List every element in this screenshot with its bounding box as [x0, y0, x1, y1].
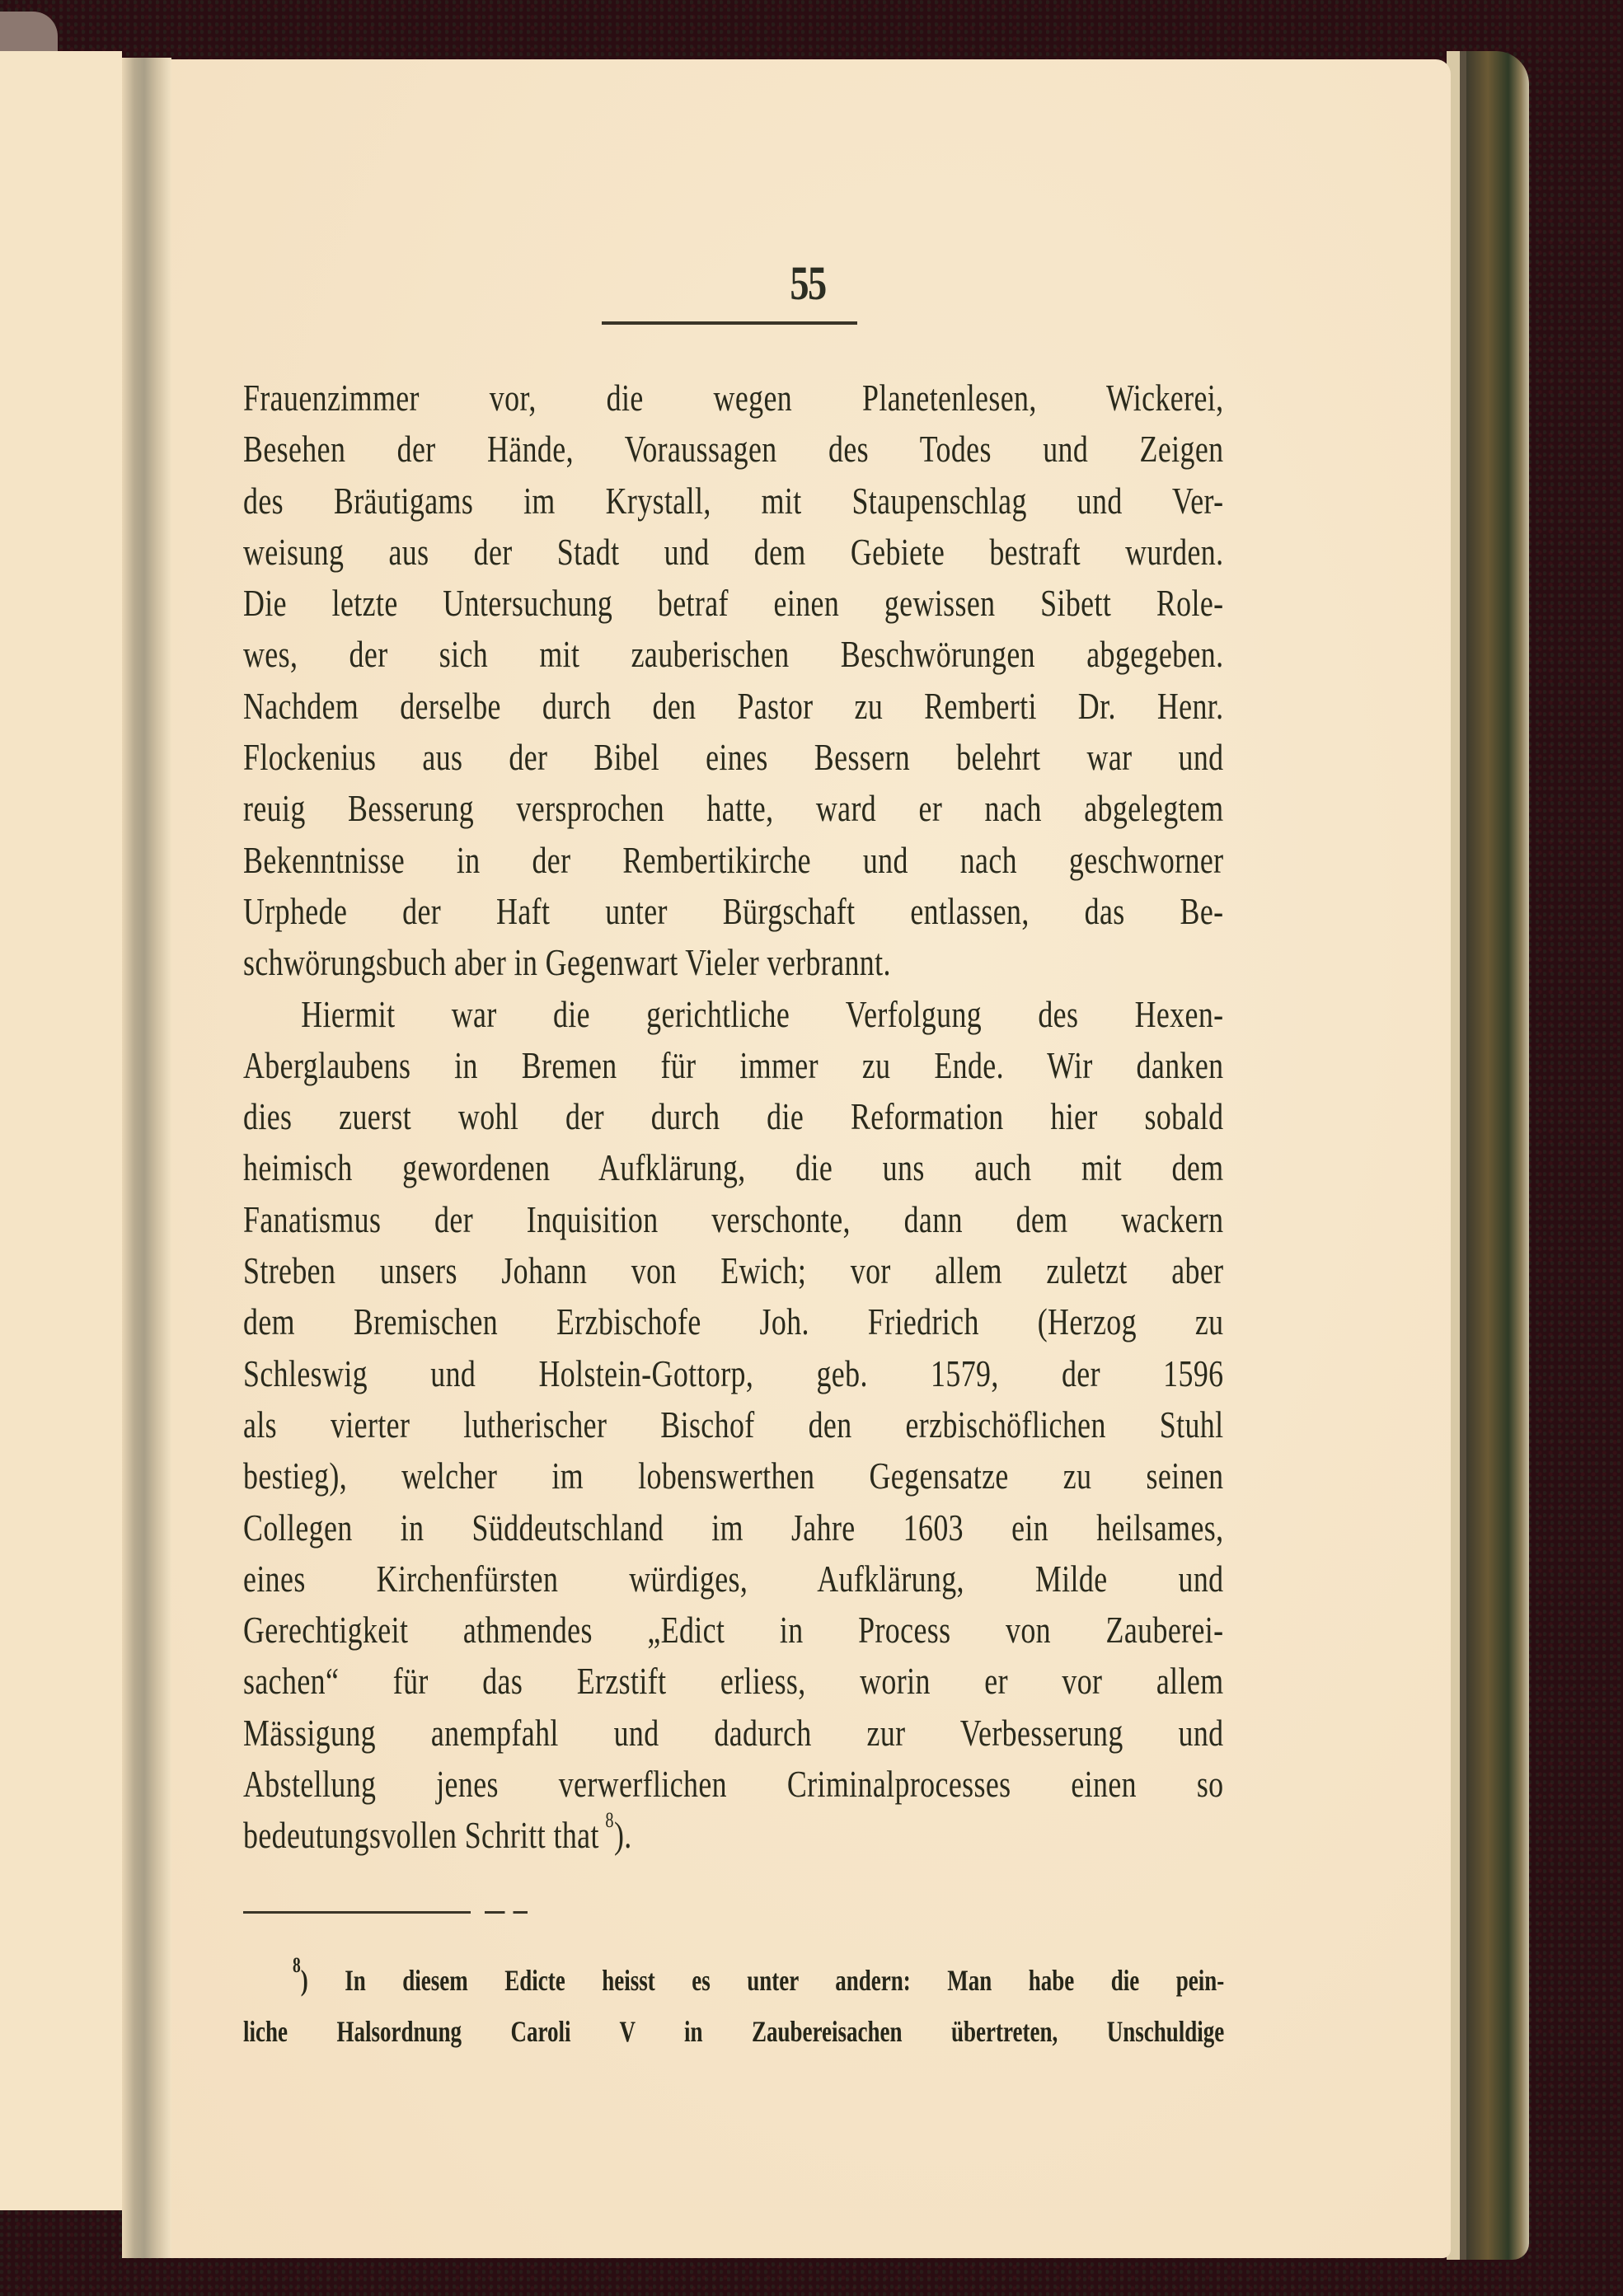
text-line: Fanatismus der Inquisition verschonte, d… — [243, 1194, 1224, 1245]
text-line: Collegen in Süddeutschland im Jahre 1603… — [243, 1502, 1224, 1553]
text-line: Gerechtigkeit athmendes „Edict in Proces… — [243, 1605, 1224, 1656]
text-line: Hiermit war die gerichtliche Verfolgung … — [243, 989, 1224, 1040]
text-line: Besehen der Hände, Voraussagen des Todes… — [243, 424, 1224, 475]
footnote-reference[interactable]: 8 — [605, 1808, 614, 1832]
footnote-text: ) In diesem Edicte heisst es unter ander… — [301, 1964, 1225, 1997]
footnote-separator — [243, 1911, 528, 1914]
text-line: weisung aus der Stadt und dem Gebiete be… — [243, 527, 1224, 578]
footnote-marker: 8 — [293, 1953, 301, 1977]
footnote: 8) In diesem Edicte heisst es unter ande… — [243, 1955, 1224, 2057]
text-line: sachen“ für das Erzstift erliess, worin … — [243, 1656, 1224, 1707]
text-line: Aberglaubens in Bremen für immer zu Ende… — [243, 1040, 1224, 1091]
book-cover-corner — [0, 12, 58, 51]
footnote-line: liche Halsordnung Caroli V in Zaubereisa… — [243, 2006, 1224, 2057]
book-gutter — [122, 58, 171, 2258]
text-line: bestieg), welcher im lobenswerthen Gegen… — [243, 1450, 1224, 1502]
text-line: reuig Besserung versprochen hatte, ward … — [243, 783, 1224, 834]
text-line: dies zuerst wohl der durch die Reformati… — [243, 1091, 1224, 1142]
page-number: 55 — [293, 255, 1322, 311]
book-page: 55 Frauenzimmer vor, die wegen Planetenl… — [165, 59, 1451, 2258]
body-text: Frauenzimmer vor, die wegen Planetenlese… — [243, 373, 1224, 1862]
text-line: des Bräutigams im Krystall, mit Staupens… — [243, 476, 1224, 527]
text-line: Nachdem derselbe durch den Pastor zu Rem… — [243, 681, 1224, 732]
text-line: bedeutungsvollen Schritt that — [243, 1814, 599, 1856]
text-line: Die letzte Untersuchung betraf einen gew… — [243, 578, 1224, 629]
text-line: Mässigung anempfahl und dadurch zur Verb… — [243, 1708, 1224, 1759]
footnote-line: 8) In diesem Edicte heisst es unter ande… — [243, 1955, 1224, 2006]
text-line: Abstellung jenes verwerflichen Criminalp… — [243, 1759, 1224, 1810]
text-line-final: bedeutungsvollen Schritt that 8). — [243, 1810, 1224, 1861]
book-cover-spine-edge — [1447, 51, 1529, 2260]
text-line: Frauenzimmer vor, die wegen Planetenlese… — [243, 373, 1224, 424]
text-line: dem Bremischen Erzbischofe Joh. Friedric… — [243, 1296, 1224, 1347]
text-line: Urphede der Haft unter Bürgschaft entlas… — [243, 886, 1224, 937]
text-line: Schleswig und Holstein-Gottorp, geb. 157… — [243, 1348, 1224, 1399]
text-line: Streben unsers Johann von Ewich; vor all… — [243, 1245, 1224, 1296]
text-line: heimisch gewordenen Aufklärung, die uns … — [243, 1142, 1224, 1193]
left-page-edge — [0, 51, 122, 2210]
header-rule — [602, 321, 857, 325]
text-line: schwörungsbuch aber in Gegenwart Vieler … — [243, 937, 1224, 988]
text-line: Flockenius aus der Bibel eines Bessern b… — [243, 732, 1224, 783]
text-line: als vierter lutherischer Bischof den erz… — [243, 1399, 1224, 1450]
text-line: eines Kirchenfürsten würdiges, Aufklärun… — [243, 1553, 1224, 1605]
text-line: Bekenntnisse in der Rembertikirche und n… — [243, 835, 1224, 886]
text-line: wes, der sich mit zauberischen Beschwöru… — [243, 629, 1224, 680]
closing-punctuation: ). — [614, 1814, 632, 1856]
